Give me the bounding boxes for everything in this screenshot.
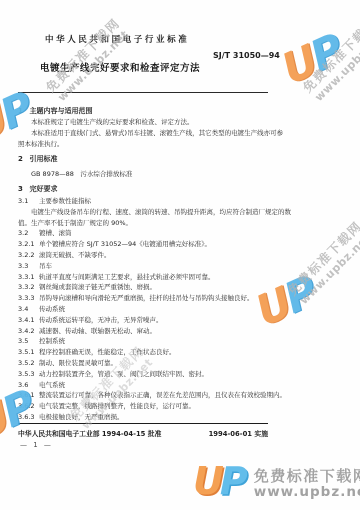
clause-number: 3.2 — [18, 228, 39, 239]
doc-line: 3.1主要参数性能指标 — [18, 196, 280, 207]
clause-number: 3.5.3 — [18, 369, 39, 380]
clause-number: 3.4.1 — [18, 315, 39, 326]
clause-number: 3.1 — [18, 196, 39, 207]
watermark-site-url: www.upbz.net — [297, 231, 360, 307]
clause-text: 滚筒无破损、不缺零件。 — [39, 250, 111, 261]
clause-text: 传动系统 — [39, 304, 65, 315]
logo-letter-u: U — [276, 39, 324, 91]
clause-text: 动力控制装置齐全，管道、泵、阀门之间联结牢固、密封。 — [39, 369, 208, 380]
clause-number: 3 — [18, 184, 30, 195]
clause-text: 主要参数性能指标 — [39, 196, 91, 207]
section-heading: 3完好要求 — [18, 184, 280, 195]
doc-line: 3.3.2钢丝绳或套筒滚子链无严重锈蚀、磨损。 — [18, 282, 280, 293]
doc-line: 3.5.3动力控制装置齐全，管道、泵、阀门之间联结牢固、密封。 — [18, 369, 280, 380]
doc-line: 值。生产率不低于制造厂规定的 90%。 — [18, 218, 280, 229]
clause-number: 3.4.2 — [18, 326, 39, 337]
scanned-standard-page: 中华人民共和国电子行业标准 SJ/T 31050—94 电镀生产线完好要求和检查… — [0, 0, 360, 510]
doc-line: 3.4.2减速器、传动轴、联轴器无松动、窜动。 — [18, 326, 280, 337]
page-number: — 1 — — [20, 441, 53, 449]
logo-letter-p: P — [279, 269, 324, 320]
referenced-standard-line: GB 8978—88 污水综合排放标准 — [18, 169, 280, 180]
watermark-text-top-right: 免费标准下载网 www.upbz.net — [298, 14, 360, 105]
doc-line: 本标准规定了电镀生产线的完好要求和检查、评定方法。 — [18, 117, 280, 128]
doc-line: 本标准适用于直线(门式、悬臂式)吊车挂镀、滚镀生产线，其它类型的电镀生产线亦可参 — [18, 128, 280, 139]
doc-line: 3.5.2制动、限位装置灵敏可靠。 — [18, 358, 280, 369]
doc-line: 3.4.1传动系统运转平稳，无冲击，无异常噪声。 — [18, 315, 280, 326]
clause-text: 完好要求 — [30, 184, 58, 195]
clause-text: 引用标准 — [30, 154, 58, 165]
standard-number: SJ/T 31050—94 — [213, 51, 280, 60]
watermark-site-name: 免费标准下载网 — [254, 467, 360, 485]
clause-number: 3.5 — [18, 336, 39, 347]
clause-text: 电镀生产线设备吊车的行程、速度、滚筒的转速、吊钩提升距离，均应符合制造厂规定的数 — [31, 207, 291, 218]
section-heading: 1主题内容与适用范围 — [18, 106, 280, 117]
clause-number: 3.6.1 — [18, 390, 39, 401]
upbz-logo-icon: UP — [193, 460, 248, 502]
page-title: 电镀生产线完好要求和检查评定方法 — [40, 60, 200, 74]
clause-text: 电气装置完整，线路排列整齐，性能良好，运行可靠。 — [39, 401, 195, 412]
logo-letter-u: U — [0, 395, 16, 447]
clause-text: 钢丝绳或套筒滚子链无严重锈蚀、磨损。 — [39, 282, 156, 293]
standard-org-line: 中华人民共和国电子行业标准 — [45, 33, 189, 45]
footer-divider — [18, 423, 268, 424]
watermark-text-mid-right: 免费标准下载网 www.upbz.net — [283, 217, 360, 308]
clause-text: 控制系统 — [39, 336, 65, 347]
upbz-logo-icon: UP — [276, 27, 350, 91]
clause-text: 程序控制准确无误，性能稳定，工作状态良好。 — [39, 347, 176, 358]
clause-text: 镀槽、滚筒 — [39, 228, 72, 239]
clause-text: 电极接触良好，无严重磨损。 — [39, 412, 124, 423]
logo-letter-p: P — [220, 460, 248, 502]
clause-text: 减速器、传动轴、联轴器无松动、窜动。 — [39, 326, 156, 337]
doc-line: 3.6.1整流装置运行可靠，各种仪表指示正确，误差在允差范围内，且仪表在有效校验… — [18, 390, 280, 401]
clause-text: 值。生产率不低于制造厂规定的 90%。 — [18, 218, 132, 229]
watermark-site-name: 免费标准下载网 — [283, 217, 360, 299]
clause-text: 整流装置运行可靠，各种仪表指示正确，误差在允差范围内，且仪表在有效校验期内。 — [39, 390, 286, 401]
watermark-site-name: 免费标准下载网 — [41, 14, 123, 96]
header-divider — [18, 92, 268, 93]
clause-text: 电气系统 — [39, 380, 65, 391]
clause-number: 3.2.1 — [18, 239, 39, 250]
logo-letter-p: P — [305, 27, 350, 78]
approval-footer: 中华人民共和国电子工业部 1994-04-15 批准 1994-06-01 实施 — [18, 428, 268, 438]
doc-line: 3.5.1程序控制准确无误，性能稳定，工作状态良好。 — [18, 347, 280, 358]
clause-text: 吊钩导向滚槽和导向滑轮无严重磨损，挂杆的挂吊处与吊钩钩头接触良好。 — [39, 293, 254, 304]
doc-line: 电镀生产线设备吊车的行程、速度、滚筒的转速、吊钩提升距离，均应符合制造厂规定的数 — [18, 207, 280, 218]
clause-number: 3.5.2 — [18, 358, 39, 369]
clause-number: 3.3 — [18, 261, 39, 272]
clause-number: 3.3.2 — [18, 282, 39, 293]
clause-text: 单个镀槽应符合 SJ/T 31052—94《电镀通用槽完好标准》。 — [39, 239, 211, 250]
clause-number: 1 — [18, 106, 30, 117]
watermark-site-url: www.upbz.net — [254, 485, 360, 500]
clause-text: 轨道平直度与间距满足工艺要求，悬挂式轨道必须牢固可靠。 — [39, 272, 215, 283]
doc-line: 照本标准执行。 — [18, 139, 280, 150]
doc-line: 3.2.2滚筒无破损、不缺零件。 — [18, 250, 280, 261]
clause-text: GB 8978—88 污水综合排放标准 — [31, 169, 132, 180]
clause-text: 制动、限位装置灵敏可靠。 — [39, 358, 117, 369]
doc-line: 3.6.3电极接触良好，无严重磨损。 — [18, 412, 280, 423]
doc-line: 3.2.1单个镀槽应符合 SJ/T 31052—94《电镀通用槽完好标准》。 — [18, 239, 280, 250]
doc-line: 3.2镀槽、滚筒 — [18, 228, 280, 239]
clause-number: 3.6.2 — [18, 401, 39, 412]
doc-line: 3.3吊车 — [18, 261, 280, 272]
clause-text: 传动系统运转平稳，无冲击，无异常噪声。 — [39, 315, 163, 326]
clause-number: 3.3.1 — [18, 272, 39, 283]
watermark-site-url: www.upbz.net — [312, 28, 360, 104]
clause-text: 吊车 — [39, 261, 52, 272]
clause-text: 主题内容与适用范围 — [30, 106, 93, 117]
implementation-date: 1994-06-01 实施 — [209, 428, 268, 438]
approval-text: 中华人民共和国电子工业部 1994-04-15 批准 — [18, 428, 161, 438]
doc-line: 3.5控制系统 — [18, 336, 280, 347]
watermark-site-name: 免费标准下载网 — [298, 14, 360, 96]
clause-number: 3.5.1 — [18, 347, 39, 358]
document-body: 1主题内容与适用范围 本标准规定了电镀生产线的完好要求和检查、评定方法。 本标准… — [18, 101, 280, 423]
section-heading: 2引用标准 — [18, 154, 280, 165]
clause-text: 照本标准执行。 — [18, 139, 64, 150]
doc-line: 3.6电气系统 — [18, 380, 280, 391]
clause-number: 3.6 — [18, 380, 39, 391]
clause-text: 本标准适用于直线(门式、悬臂式)吊车挂镀、滚镀生产线，其它类型的电镀生产线亦可参 — [31, 128, 283, 139]
clause-number: 3.3.3 — [18, 293, 39, 304]
doc-line: 3.3.1轨道平直度与间距满足工艺要求，悬挂式轨道必须牢固可靠。 — [18, 272, 280, 283]
clause-number: 3.2.2 — [18, 250, 39, 261]
logo-letter-u: U — [0, 97, 14, 149]
clause-text: 本标准规定了电镀生产线的完好要求和检查、评定方法。 — [31, 117, 194, 128]
doc-line: 3.6.2电气装置完整，线路排列整齐，性能良好，运行可靠。 — [18, 401, 280, 412]
upbz-logo-text: 免费标准下载网 www.upbz.net — [254, 460, 360, 500]
doc-line: 3.4传动系统 — [18, 304, 280, 315]
doc-line: 3.3.3吊钩导向滚槽和导向滑轮无严重磨损，挂杆的挂吊处与吊钩钩头接触良好。 — [18, 293, 280, 304]
clause-number: 3.6.3 — [18, 412, 39, 423]
upbz-logo-lockup: UP 免费标准下载网 www.upbz.net — [193, 460, 360, 502]
clause-number: 3.4 — [18, 304, 39, 315]
clause-number: 2 — [18, 154, 30, 165]
